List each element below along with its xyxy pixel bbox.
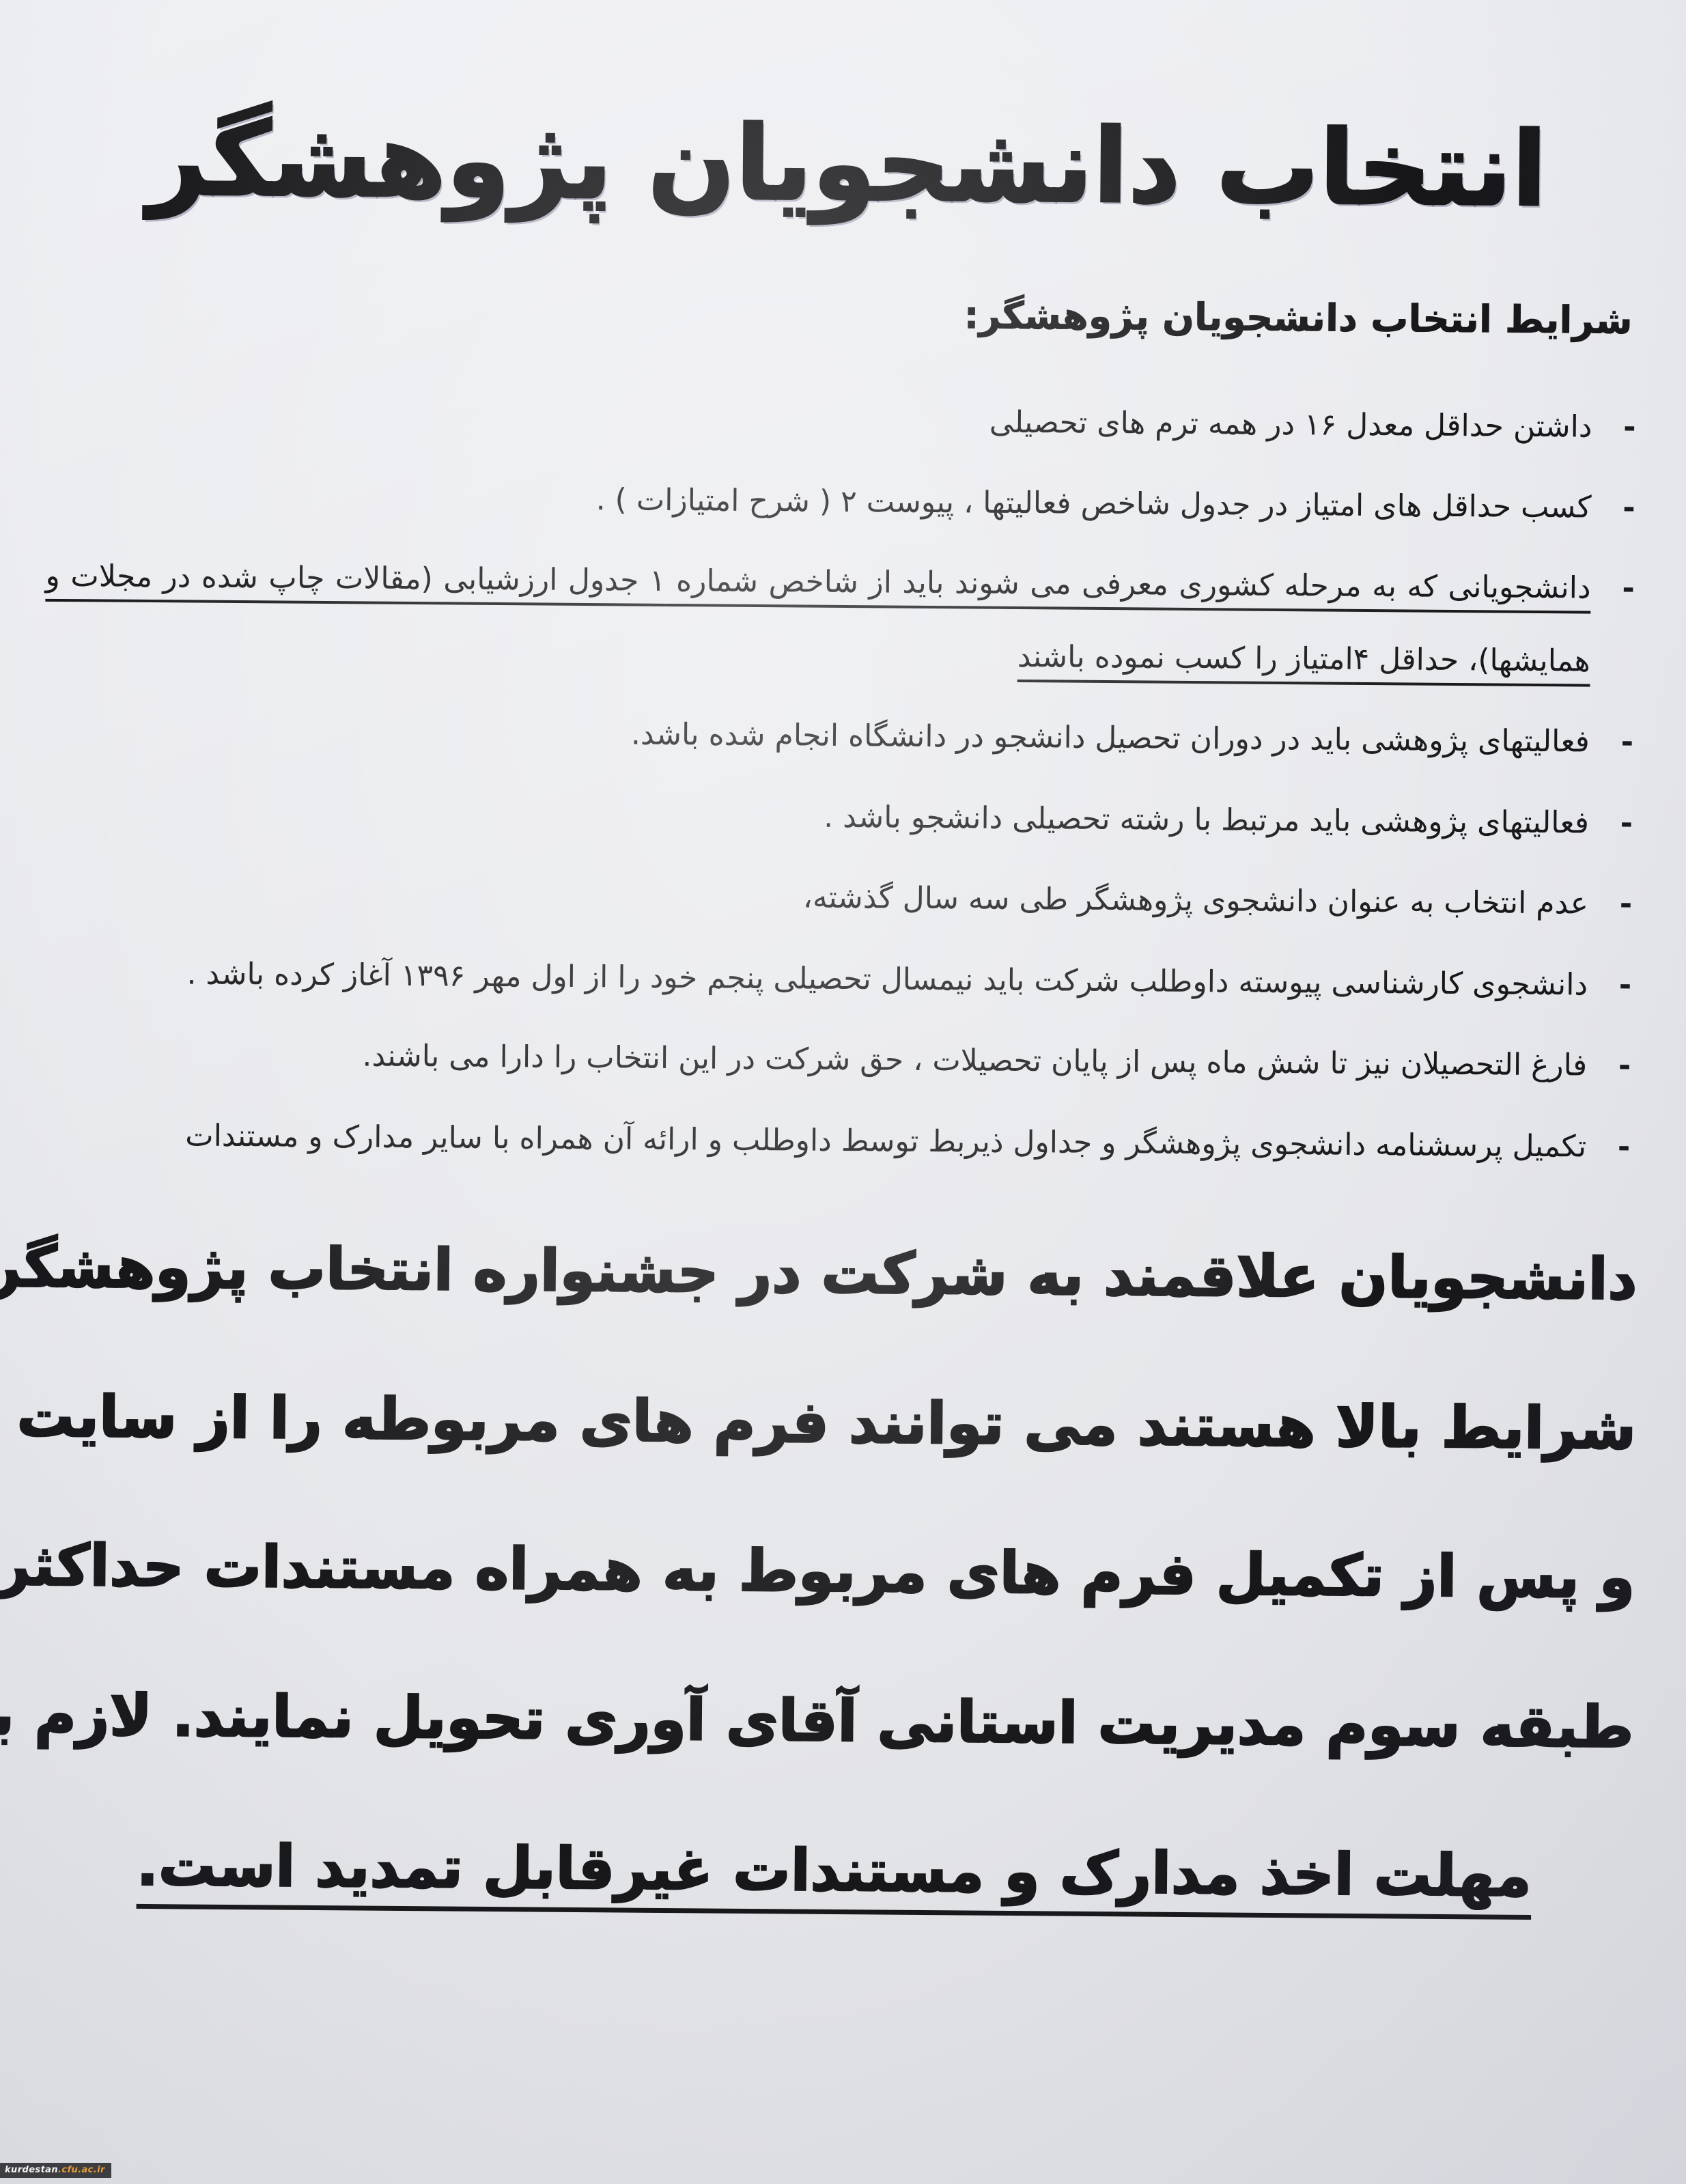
document-content: انتخاب دانشجویان پژوهشگر شرایط انتخاب دا…	[0, 0, 1686, 1910]
requirement-item: - عدم انتخاب به عنوان دانشجوی پژوهشگر طی…	[43, 856, 1641, 941]
requirement-item: - فعالیتهای پژوهشی باید در دوران تحصیل د…	[44, 694, 1642, 779]
bullet-dash: -	[1612, 787, 1641, 860]
requirement-item-underlined: - دانشجویانی که به مرحله کشوری معرفی می …	[44, 540, 1643, 698]
requirement-text: کسب حداقل های امتیاز در جدول شاخص فعالیت…	[46, 460, 1592, 544]
notice-line-5: مهلت اخذ مدارک و مستندات غیرقابل تمدید ا…	[35, 1831, 1633, 1909]
requirement-item: - دانشجوی کارشناسی پیوسته داوطلب شرکت با…	[42, 937, 1640, 1022]
requirement-item: - داشتن حداقل معدل ۱۶ در همه ترم های تحص…	[46, 378, 1644, 464]
requirement-text: داشتن حداقل معدل ۱۶ در همه ترم های تحصیل…	[46, 378, 1592, 463]
requirement-text: دانشجویانی که به مرحله کشوری معرفی می شو…	[44, 540, 1591, 698]
notice-paragraph: دانشجویان علاقمند به شرکت در جشنواره انت…	[35, 1234, 1638, 1909]
bullet-dash: -	[1614, 472, 1644, 545]
bullet-dash: -	[1611, 949, 1640, 1022]
watermark-site-domain: .cfu.ac.ir	[58, 2165, 105, 2175]
document-title: انتخاب دانشجویان پژوهشگر	[48, 95, 1646, 236]
notice-line-4: طبقه سوم مدیریت استانی آقای آوری تحویل ن…	[36, 1682, 1634, 1761]
requirement-text: عدم انتخاب به عنوان دانشجوی پژوهشگر طی س…	[43, 856, 1589, 940]
requirement-text: فعالیتهای پژوهشی باید مرتبط با رشته تحصی…	[44, 775, 1590, 860]
requirement-text: فارغ التحصیلان نیز تا شش ماه پس از پایان…	[42, 1018, 1588, 1102]
requirement-item: - تکمیل پرسشنامه دانشجوی پژوهشگر و جداول…	[41, 1099, 1639, 1184]
requirement-text: دانشجوی کارشناسی پیوسته داوطلب شرکت باید…	[42, 937, 1588, 1022]
notice-line-3: و پس از تکمیل فرم های مربوط به همراه مست…	[38, 1532, 1635, 1611]
bullet-dash: -	[1614, 552, 1643, 626]
scanned-announcement-page: انتخاب دانشجویان پژوهشگر شرایط انتخاب دا…	[0, 0, 1686, 2184]
requirement-item: - فعالیتهای پژوهشی باید مرتبط با رشته تح…	[44, 775, 1642, 860]
requirement-text: تکمیل پرسشنامه دانشجوی پژوهشگر و جداول ذ…	[41, 1099, 1587, 1184]
bullet-dash: -	[1610, 1030, 1640, 1103]
notice-line-1: دانشجویان علاقمند به شرکت در جشنواره انت…	[40, 1234, 1638, 1313]
requirement-item: - فارغ التحصیلان نیز تا شش ماه پس از پای…	[42, 1018, 1640, 1103]
notice-line-3-text: و پس از تکمیل فرم های مربوط به همراه مست…	[0, 1531, 1635, 1611]
requirement-item: - کسب حداقل های امتیاز در جدول شاخص فعال…	[46, 460, 1644, 545]
requirement-text: فعالیتهای پژوهشی باید در دوران تحصیل دان…	[44, 694, 1590, 779]
bullet-dash: -	[1615, 391, 1644, 464]
bullet-dash: -	[1610, 1111, 1639, 1184]
watermark: kurdestan.cfu.ac.ir	[0, 2163, 111, 2178]
bullet-dash: -	[1612, 868, 1641, 941]
watermark-site-name: kurdestan	[5, 2165, 58, 2175]
requirements-list: - داشتن حداقل معدل ۱۶ در همه ترم های تحص…	[41, 378, 1644, 1184]
notice-line-5-underlined: مهلت اخذ مدارک و مستندات غیرقابل تمدید ا…	[137, 1831, 1532, 1909]
section-heading: شرایط انتخاب دانشجویان پژوهشگر:	[47, 285, 1632, 341]
bullet-dash: -	[1612, 706, 1642, 779]
notice-line-2: شرایط بالا هستند می توانند فرم های مربوط…	[39, 1384, 1637, 1462]
